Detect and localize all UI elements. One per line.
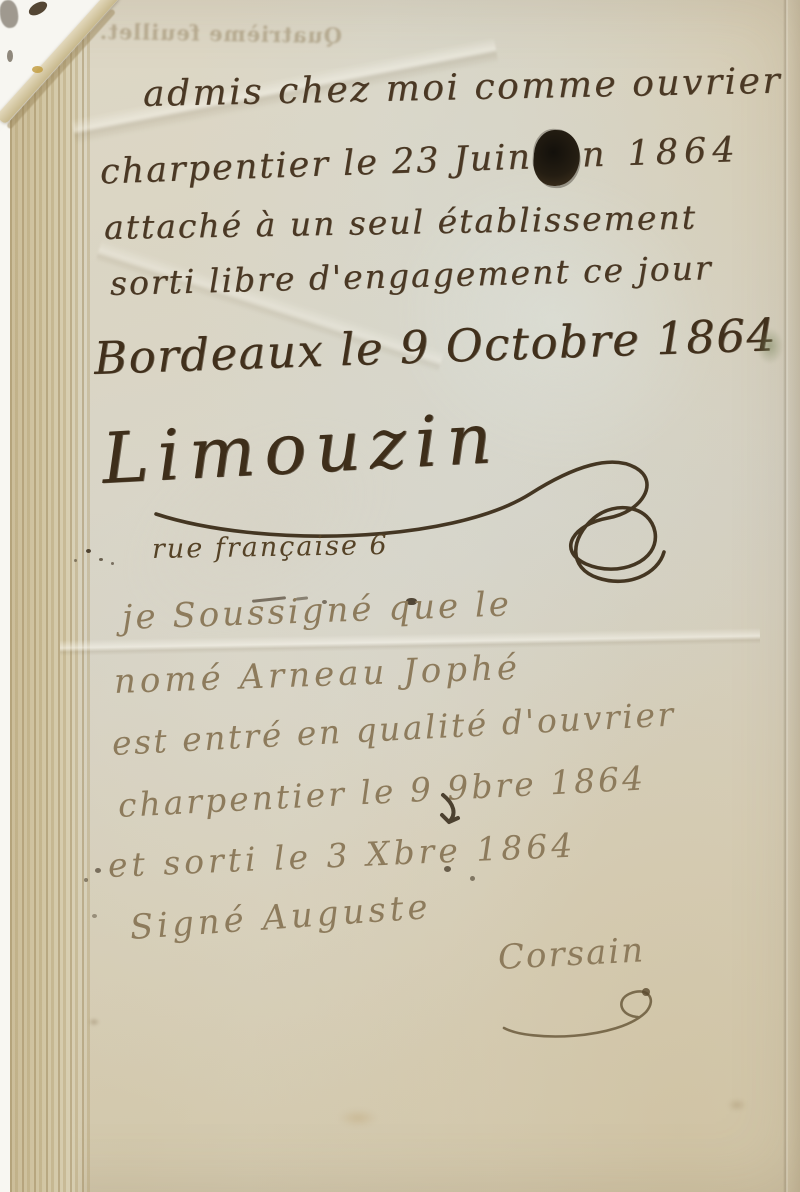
ink-speck xyxy=(111,562,114,565)
signature-flourish xyxy=(150,452,710,592)
ink-speck xyxy=(92,914,97,918)
edge-mark xyxy=(7,50,13,62)
ink-speck xyxy=(99,558,103,561)
ink-speck xyxy=(84,878,88,882)
ink-spatter xyxy=(470,876,475,881)
yellow-fleck xyxy=(32,66,43,73)
right-page-edge-shadow xyxy=(787,0,800,1192)
book-binding-edge xyxy=(10,0,90,1192)
scanned-document: Quatrième feuillet. admis chez moi comme… xyxy=(0,0,800,1192)
ink-speck xyxy=(86,549,91,553)
signed-name-corsain: Corsain xyxy=(497,930,646,978)
corsain-flourish xyxy=(496,982,666,1044)
line-2-text-right: n 1864 xyxy=(581,130,741,176)
ink-spatter xyxy=(444,866,451,872)
ink-speck xyxy=(74,559,77,562)
embossed-stamp-mirrored: Quatrième feuillet. xyxy=(92,14,343,54)
line-2-text-left: charpentier le 23 Juin xyxy=(99,137,532,192)
ink-mark-check xyxy=(438,792,466,832)
ink-speck xyxy=(95,868,101,873)
ink-blot xyxy=(532,129,582,188)
address-line: rue française 6 xyxy=(152,530,389,565)
